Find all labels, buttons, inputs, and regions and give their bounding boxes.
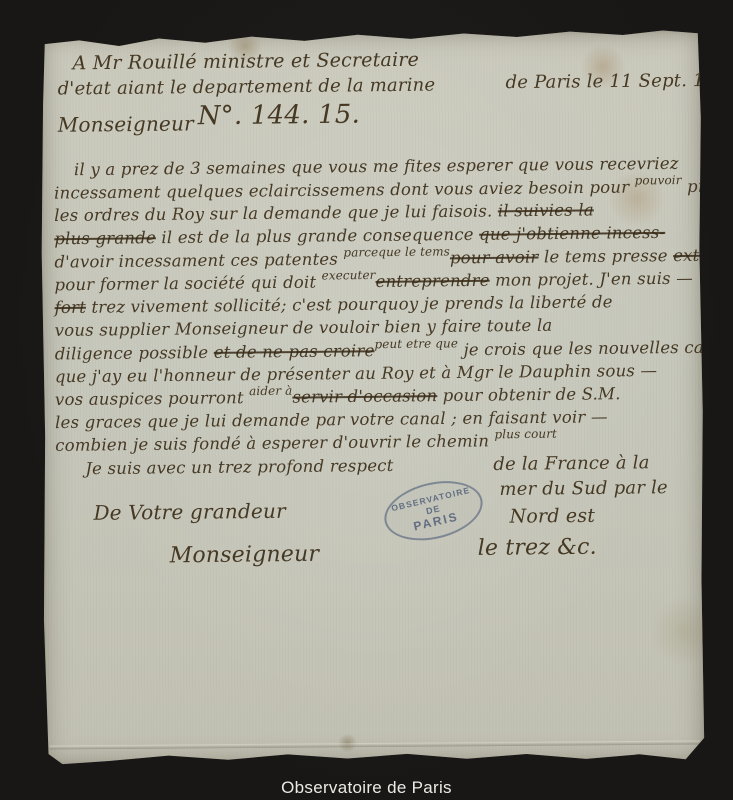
body-text: trez vivement sollicité; c'est pourquoy … bbox=[86, 292, 613, 317]
inserted-text: parceque le tems bbox=[343, 241, 450, 262]
document-number: N°. 144. 15. bbox=[198, 105, 360, 127]
inserted-text: plus court bbox=[494, 424, 557, 445]
address-line-1: A Mr Rouillé ministre et Secretaire bbox=[72, 50, 419, 74]
paper-fold-crease bbox=[49, 740, 699, 749]
body-line: vous supplier Monseigneur de vouloir bie… bbox=[55, 316, 553, 341]
crossed-out-text: et de ne pas croire bbox=[214, 341, 375, 362]
body-text: combien je suis fondé à esperer d'ouvrir… bbox=[55, 431, 495, 455]
body-text: que j'ay eu l'honneur de présenter au Ro… bbox=[55, 361, 657, 386]
crossed-out-text: plus grande bbox=[54, 228, 156, 248]
observatoire-de-paris-stamp: OBSERVATOIRE DE PARIS bbox=[378, 472, 488, 549]
body-text: vous supplier Monseigneur de vouloir bie… bbox=[55, 316, 553, 340]
body-text: il y a prez de 3 semaines que vous me fi… bbox=[74, 154, 679, 179]
body-line: il y a prez de 3 semaines que vous me fi… bbox=[74, 154, 679, 180]
closing-respect-line: Je suis avec un trez profond respect bbox=[85, 456, 393, 479]
inserted-text: pouvoir bbox=[635, 170, 682, 190]
crossed-out-text: servir d'occasion bbox=[292, 386, 437, 407]
closing-monseigneur: Monseigneur bbox=[170, 545, 320, 567]
body-text: les ordres du Roy sur la demande que je … bbox=[54, 201, 498, 225]
closing-route-line-2: mer du Sud par le bbox=[499, 478, 668, 500]
body-text: diligence possible bbox=[55, 343, 214, 364]
crossed-out-text: entreprendre bbox=[375, 271, 489, 291]
crossed-out-text: fort bbox=[55, 298, 87, 317]
crossed-out-text: pour avoir bbox=[450, 247, 539, 267]
salutation: Monseigneur bbox=[58, 113, 194, 134]
body-text: incessament quelques eclaircissemens don… bbox=[54, 178, 635, 203]
body-text: je crois que les nouvelles cartes — bbox=[458, 337, 733, 359]
inserted-text: aider à bbox=[249, 381, 292, 401]
body-line: que j'ay eu l'honneur de présenter au Ro… bbox=[55, 361, 658, 387]
crossed-out-text: extrememt bbox=[673, 245, 733, 265]
address-line-2: d'etat aiant le departement de la marine bbox=[58, 76, 436, 100]
body-line: incessament quelques eclaircissemens don… bbox=[54, 176, 733, 205]
letter-page: A Mr Rouillé ministre et Secretaire d'et… bbox=[39, 30, 705, 767]
body-line: les ordres du Roy sur la demande que je … bbox=[54, 200, 594, 226]
crossed-out-text: que j'obtienne incess- bbox=[479, 223, 665, 244]
inserted-text: peut etre que bbox=[374, 333, 458, 354]
body-text: le tems presse bbox=[538, 246, 673, 266]
body-text: pour obtenir de S.M. bbox=[437, 384, 621, 405]
closing-route-line-1: de la France à la bbox=[493, 453, 650, 475]
body-text: mon projet. J'en suis — bbox=[490, 269, 693, 290]
body-line: combien je suis fondé à esperer d'ouvrir… bbox=[55, 431, 557, 457]
body-text: d'avoir incessament ces patentes bbox=[54, 250, 343, 272]
body-text: pour former la société qui doit bbox=[54, 273, 321, 295]
closing-route-line-3: Nord est bbox=[509, 506, 595, 527]
body-text: prendre — bbox=[682, 176, 733, 196]
closing-etc: le trez &c. bbox=[478, 538, 597, 559]
image-caption: Observatoire de Paris bbox=[0, 778, 733, 798]
closing-grandeur-line: De Votre grandeur bbox=[93, 501, 286, 523]
crossed-out-text: il suivies la bbox=[498, 200, 594, 220]
body-line: fort trez vivement sollicité; c'est pour… bbox=[55, 292, 613, 318]
dateline: de Paris le 11 Sept. 1753. bbox=[506, 71, 733, 94]
body-text: vos auspices pourront bbox=[55, 388, 249, 409]
inserted-text: executer bbox=[321, 265, 375, 286]
